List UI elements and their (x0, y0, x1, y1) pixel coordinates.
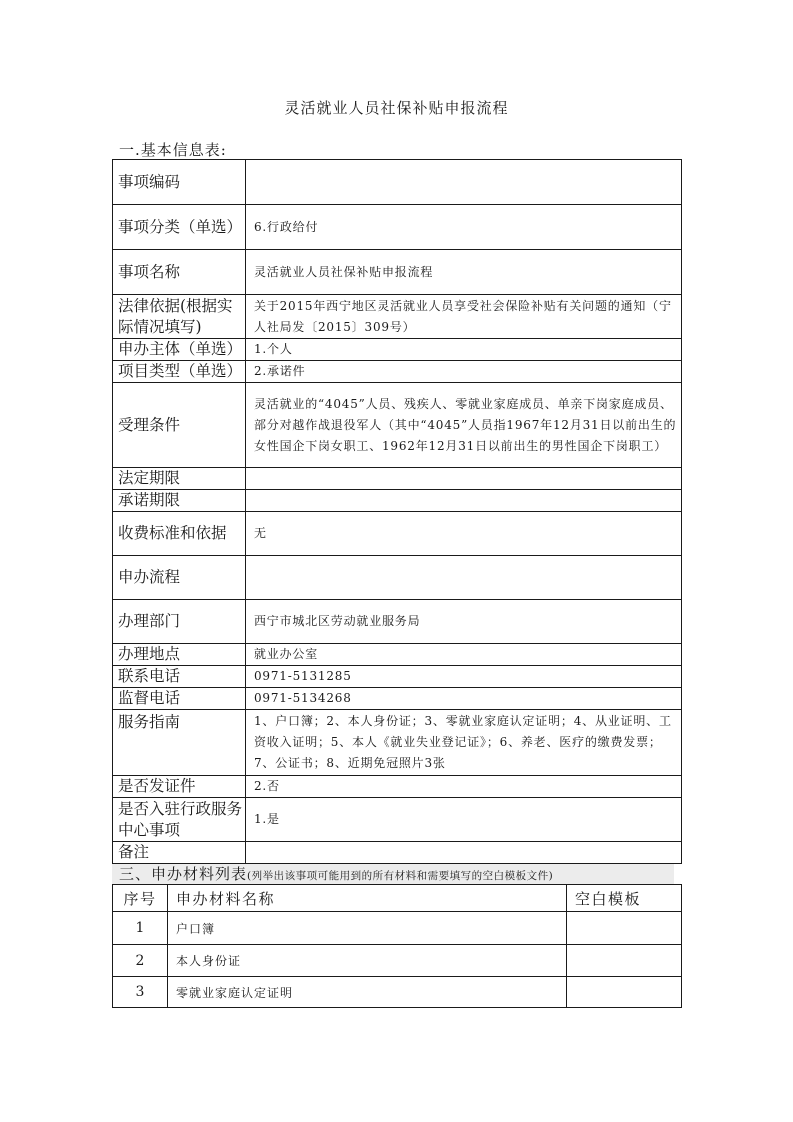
info-row-supervision-phone: 监督电话 0971-5134268 (113, 688, 682, 710)
info-value: 1.是 (246, 798, 682, 842)
info-label: 办理部门 (113, 600, 246, 644)
materials-header-row: 序号 申办材料名称 空白模板 (113, 885, 682, 912)
info-label: 申办流程 (113, 556, 246, 600)
info-row-item-code: 事项编码 (113, 160, 682, 205)
info-label: 承诺期限 (113, 490, 246, 512)
section-heading-note: (列举出该事项可能用到的所有材料和需要填写的空白模板文件) (247, 870, 553, 882)
basic-info-table: 事项编码 事项分类（单选） 6.行政给付 事项名称 灵活就业人员社保补贴申报流程… (112, 159, 682, 864)
info-row-item-category: 事项分类（单选） 6.行政给付 (113, 205, 682, 250)
section-heading-basic-info: 一.基本信息表: (119, 139, 227, 160)
info-value (246, 556, 682, 600)
info-row-acceptance-conditions: 受理条件 灵活就业的“4045”人员、残疾人、零就业家庭成员、单亲下岗家庭成员、… (113, 383, 682, 468)
info-row-process: 申办流程 (113, 556, 682, 600)
info-value: 2.否 (246, 776, 682, 798)
info-label: 法律依据(根据实际情况填写) (113, 295, 246, 339)
info-row-promised-deadline: 承诺期限 (113, 490, 682, 512)
info-row-contact-phone: 联系电话 0971-5131285 (113, 666, 682, 688)
table-row: 1 户口簿 (113, 912, 682, 945)
info-label: 是否入驻行政服务中心事项 (113, 798, 246, 842)
info-value: 6.行政给付 (246, 205, 682, 250)
info-value: 无 (246, 512, 682, 556)
info-value: 1、户口簿；2、本人身份证；3、零就业家庭认定证明；4、从业证明、工资收入证明；… (246, 710, 682, 776)
table-row: 3 零就业家庭认定证明 (113, 977, 682, 1008)
info-row-department: 办理部门 西宁市城北区劳动就业服务局 (113, 600, 682, 644)
info-row-fees: 收费标准和依据 无 (113, 512, 682, 556)
info-label: 备注 (113, 842, 246, 864)
info-row-remarks: 备注 (113, 842, 682, 864)
info-row-location: 办理地点 就业办公室 (113, 644, 682, 666)
material-name: 本人身份证 (168, 945, 567, 977)
info-value: 0971-5131285 (246, 666, 682, 688)
material-template (567, 912, 682, 945)
header-material-name: 申办材料名称 (168, 885, 567, 912)
info-value: 0971-5134268 (246, 688, 682, 710)
header-seq: 序号 (113, 885, 168, 912)
info-label: 申办主体（单选） (113, 339, 246, 361)
section-heading-text: 三、申办材料列表 (119, 865, 247, 883)
info-label: 是否发证件 (113, 776, 246, 798)
info-label: 事项名称 (113, 250, 246, 295)
info-label: 收费标准和依据 (113, 512, 246, 556)
info-label: 项目类型（单选） (113, 361, 246, 383)
section-heading-materials: 三、申办材料列表(列举出该事项可能用到的所有材料和需要填写的空白模板文件) (112, 864, 674, 884)
material-seq: 1 (113, 912, 168, 945)
info-value (246, 468, 682, 490)
info-row-service-guide: 服务指南 1、户口簿；2、本人身份证；3、零就业家庭认定证明；4、从业证明、工资… (113, 710, 682, 776)
info-value: 2.承诺件 (246, 361, 682, 383)
material-template (567, 945, 682, 977)
info-value: 西宁市城北区劳动就业服务局 (246, 600, 682, 644)
info-row-project-type: 项目类型（单选） 2.承诺件 (113, 361, 682, 383)
info-value (246, 490, 682, 512)
info-label: 联系电话 (113, 666, 246, 688)
material-seq: 2 (113, 945, 168, 977)
info-label: 事项编码 (113, 160, 246, 205)
info-value (246, 160, 682, 205)
info-label: 办理地点 (113, 644, 246, 666)
material-seq: 3 (113, 977, 168, 1008)
info-label: 法定期限 (113, 468, 246, 490)
info-value: 关于2015年西宁地区灵活就业人员享受社会保险补贴有关问题的通知（宁人社局发〔2… (246, 295, 682, 339)
info-label: 监督电话 (113, 688, 246, 710)
info-value: 灵活就业人员社保补贴申报流程 (246, 250, 682, 295)
header-blank-template: 空白模板 (567, 885, 682, 912)
info-label: 事项分类（单选） (113, 205, 246, 250)
material-template (567, 977, 682, 1008)
info-label: 受理条件 (113, 383, 246, 468)
info-row-service-center: 是否入驻行政服务中心事项 1.是 (113, 798, 682, 842)
document-title: 灵活就业人员社保补贴申报流程 (0, 97, 793, 118)
materials-table: 序号 申办材料名称 空白模板 1 户口簿 2 本人身份证 3 零就业家庭认定证明 (112, 884, 682, 1008)
info-row-item-name: 事项名称 灵活就业人员社保补贴申报流程 (113, 250, 682, 295)
info-row-statutory-deadline: 法定期限 (113, 468, 682, 490)
info-value: 灵活就业的“4045”人员、残疾人、零就业家庭成员、单亲下岗家庭成员、部分对越作… (246, 383, 682, 468)
material-name: 户口簿 (168, 912, 567, 945)
info-value: 1.个人 (246, 339, 682, 361)
table-row: 2 本人身份证 (113, 945, 682, 977)
info-label: 服务指南 (113, 710, 246, 776)
material-name: 零就业家庭认定证明 (168, 977, 567, 1008)
info-value (246, 842, 682, 864)
info-row-applicant-type: 申办主体（单选） 1.个人 (113, 339, 682, 361)
info-value: 就业办公室 (246, 644, 682, 666)
info-row-legal-basis: 法律依据(根据实际情况填写) 关于2015年西宁地区灵活就业人员享受社会保险补贴… (113, 295, 682, 339)
info-row-certificate-issued: 是否发证件 2.否 (113, 776, 682, 798)
